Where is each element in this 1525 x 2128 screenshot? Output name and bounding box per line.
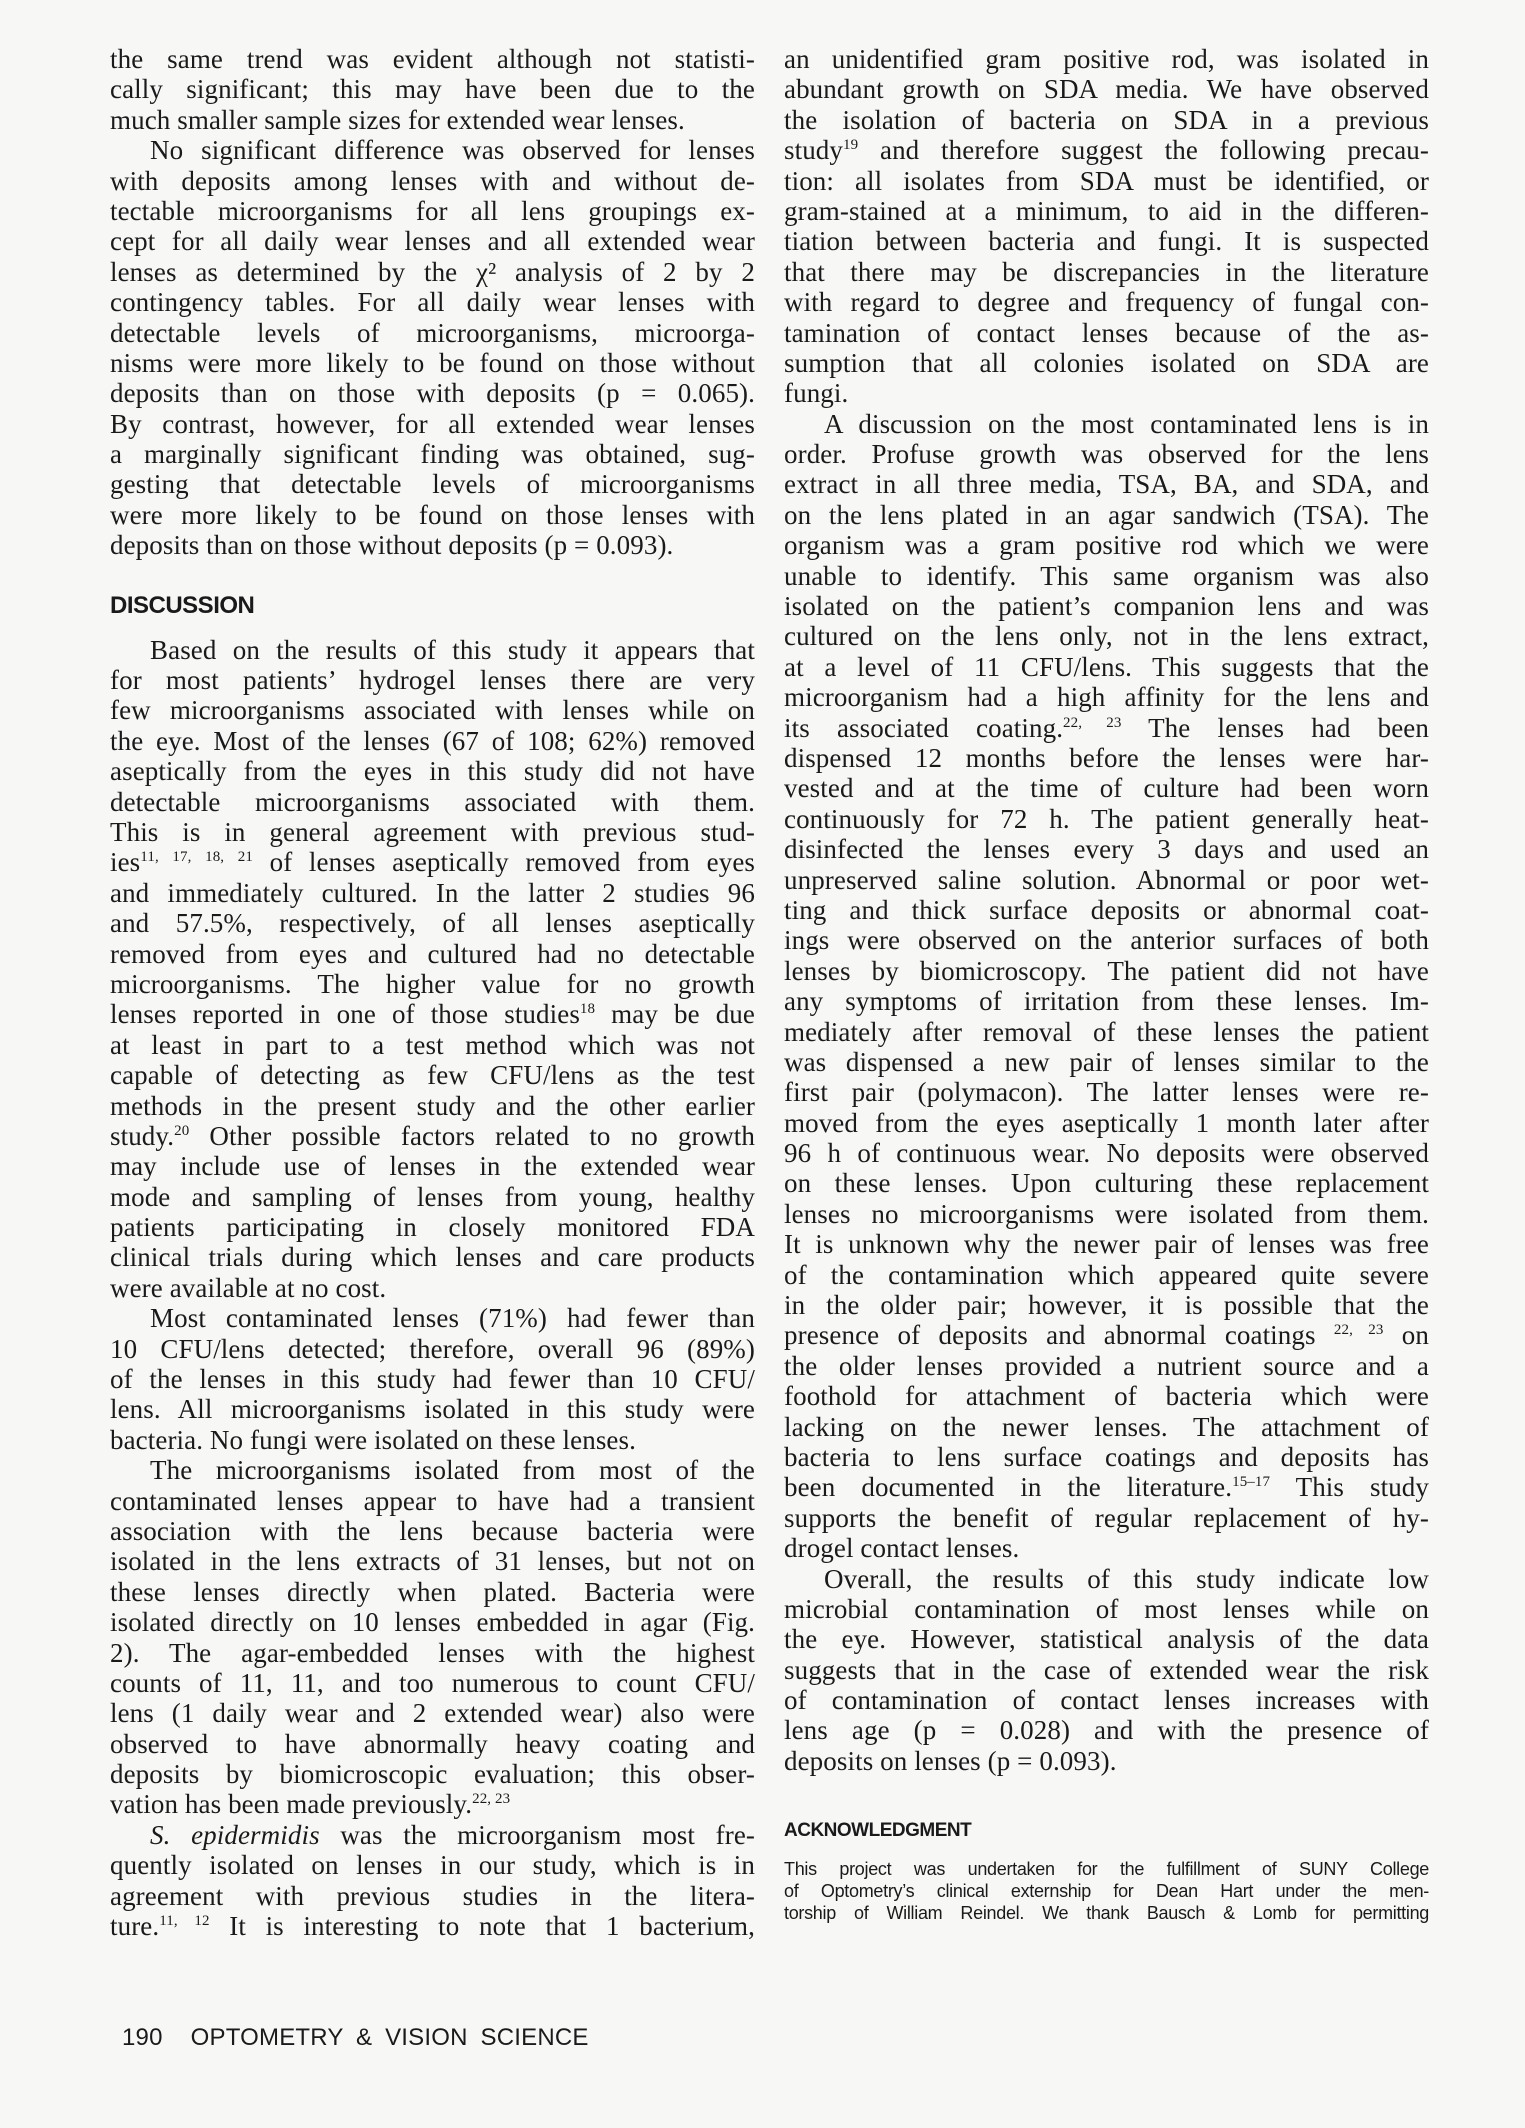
text-line: 96 h of continuous wear. No deposits wer… <box>784 1138 1429 1168</box>
paragraph-contaminated-lenses: Most contaminated lenses (71%) had fewer… <box>110 1303 755 1455</box>
text-line: drogel contact lenses. <box>784 1533 1429 1563</box>
text-line: much smaller sample sizes for extended w… <box>110 105 755 135</box>
text-line: lacking on the newer lenses. The attachm… <box>784 1412 1429 1442</box>
citation-superscript: 11, 17, 18, 21 <box>140 849 253 865</box>
text-fragment: This study <box>1270 1472 1429 1502</box>
text-line: been documented in the literature.15–17 … <box>784 1472 1429 1502</box>
left-column: the same trend was evident although not … <box>110 44 755 1941</box>
text-line: extract in all three media, TSA, BA, and… <box>784 469 1429 499</box>
text-line: a marginally significant finding was obt… <box>110 439 755 469</box>
text-line: ings were observed on the anterior surfa… <box>784 925 1429 955</box>
text-line: suggests that in the case of extended we… <box>784 1655 1429 1685</box>
text-line: cept for all daily wear lenses and all e… <box>110 226 755 256</box>
citation-superscript: 20 <box>174 1123 189 1139</box>
text-line: ting and thick surface deposits or abnor… <box>784 895 1429 925</box>
text-line: ies11, 17, 18, 21 of lenses aseptically … <box>110 847 755 877</box>
text-line: deposits than on those without deposits … <box>110 530 755 560</box>
section-heading-discussion: DISCUSSION <box>110 591 755 621</box>
text-line: nisms were more likely to be found on th… <box>110 348 755 378</box>
acknowledgment-text: This project was undertaken for the fulf… <box>784 1858 1429 1924</box>
paragraph-sda-isolation: an unidentified gram positive rod, was i… <box>784 44 1429 409</box>
text-line: lens. All microorganisms isolated in thi… <box>110 1394 755 1424</box>
citation-superscript: 11, 12 <box>159 1913 209 1929</box>
text-fragment: study. <box>110 1121 174 1151</box>
text-line: methods in the present study and the oth… <box>110 1091 755 1121</box>
text-line: detectable levels of microorganisms, mic… <box>110 318 755 348</box>
text-line: Most contaminated lenses (71%) had fewer… <box>110 1303 755 1333</box>
text-line: foothold for attachment of bacteria whic… <box>784 1381 1429 1411</box>
text-line: fungi. <box>784 378 1429 408</box>
text-line: for most patients’ hydrogel lenses there… <box>110 665 755 695</box>
text-line: that there may be discrepancies in the l… <box>784 257 1429 287</box>
text-line: deposits than on those with deposits (p … <box>110 378 755 408</box>
text-line: lens age (p = 0.028) and with the presen… <box>784 1715 1429 1745</box>
text-line: organism was a gram positive rod which w… <box>784 530 1429 560</box>
text-line: at least in part to a test method which … <box>110 1030 755 1060</box>
text-fragment: of lenses aseptically removed from eyes <box>253 847 755 877</box>
text-line: of contamination of contact lenses incre… <box>784 1685 1429 1715</box>
paragraph-transient-association: The microorganisms isolated from most of… <box>110 1455 755 1820</box>
text-line: on these lenses. Upon culturing these re… <box>784 1168 1429 1198</box>
citation-superscript: 19 <box>843 137 858 153</box>
text-line: disinfected the lenses every 3 days and … <box>784 834 1429 864</box>
citation-superscript: 18 <box>580 1001 595 1017</box>
text-line: dispensed 12 months before the lenses we… <box>784 743 1429 773</box>
text-fragment: vation has been made previously. <box>110 1789 472 1819</box>
text-line: capable of detecting as few CFU/lens as … <box>110 1060 755 1090</box>
paragraph-most-contaminated-lens: A discussion on the most contaminated le… <box>784 409 1429 1564</box>
page-number: 190 <box>122 2024 163 2052</box>
text-line: of the contamination which appeared quit… <box>784 1260 1429 1290</box>
text-line: lenses by biomicroscopy. The patient did… <box>784 956 1429 986</box>
text-line: abundant growth on SDA media. We have ob… <box>784 74 1429 104</box>
text-line: quently isolated on lenses in our study,… <box>110 1850 755 1880</box>
text-line: tion: all isolates from SDA must be iden… <box>784 166 1429 196</box>
text-line: A discussion on the most contaminated le… <box>784 409 1429 439</box>
text-line: and immediately cultured. In the latter … <box>110 878 755 908</box>
text-line: any symptoms of irritation from these le… <box>784 986 1429 1016</box>
text-line: with regard to degree and frequency of f… <box>784 287 1429 317</box>
text-line: bacteria. No fungi were isolated on thes… <box>110 1425 755 1455</box>
paragraph-deposits-analysis: No significant difference was observed f… <box>110 135 755 560</box>
species-name: S. epidermidis <box>150 1820 320 1850</box>
text-line: few microorganisms associated with lense… <box>110 695 755 725</box>
text-line: mediately after removal of these lenses … <box>784 1017 1429 1047</box>
journal-page: the same trend was evident although not … <box>0 0 1525 2128</box>
text-line: contingency tables. For all daily wear l… <box>110 287 755 317</box>
text-line: the older lenses provided a nutrient sou… <box>784 1351 1429 1381</box>
text-line: with deposits among lenses with and with… <box>110 166 755 196</box>
text-line: isolated in the lens extracts of 31 lens… <box>110 1546 755 1576</box>
text-line: first pair (polymacon). The latter lense… <box>784 1077 1429 1107</box>
text-line: study.20 Other possible factors related … <box>110 1121 755 1151</box>
text-fragment: ies <box>110 847 140 877</box>
text-line: gram-stained at a minimum, to aid in the… <box>784 196 1429 226</box>
paragraph-discussion-intro: Based on the results of this study it ap… <box>110 635 755 1304</box>
text-line: in the older pair; however, it is possib… <box>784 1290 1429 1320</box>
text-line: 2). The agar-embedded lenses with the hi… <box>110 1638 755 1668</box>
text-line: clinical trials during which lenses and … <box>110 1242 755 1272</box>
text-line: cally significant; this may have been du… <box>110 74 755 104</box>
text-line: deposits by biomicroscopic evaluation; t… <box>110 1759 755 1789</box>
text-fragment: was the microorganism most fre- <box>320 1820 755 1850</box>
text-fragment: presence of deposits and abnormal coatin… <box>784 1320 1334 1350</box>
text-line: and 57.5%, respectively, of all lenses a… <box>110 908 755 938</box>
text-line: cultured on the lens only, not in the le… <box>784 621 1429 651</box>
right-column: an unidentified gram positive rod, was i… <box>784 44 1429 1924</box>
text-line: Overall, the results of this study indic… <box>784 1564 1429 1594</box>
text-fragment: on <box>1383 1320 1429 1350</box>
text-line: observed to have abnormally heavy coatin… <box>110 1729 755 1759</box>
text-line: unable to identify. This same organism w… <box>784 561 1429 591</box>
text-line: study19 and therefore suggest the follow… <box>784 135 1429 165</box>
text-line: tectable microorganisms for all lens gro… <box>110 196 755 226</box>
journal-name: OPTOMETRY & VISION SCIENCE <box>191 2024 589 2051</box>
section-heading-acknowledgment: ACKNOWLEDGMENT <box>784 1816 1429 1846</box>
text-line: of the lenses in this study had fewer th… <box>110 1364 755 1394</box>
text-line: microbial contamination of most lenses w… <box>784 1594 1429 1624</box>
text-line: unpreserved saline solution. Abnormal or… <box>784 865 1429 895</box>
citation-superscript: 15–17 <box>1232 1474 1270 1490</box>
text-line: the same trend was evident although not … <box>110 44 755 74</box>
text-line: the eye. Most of the lenses (67 of 108; … <box>110 726 755 756</box>
text-line: torship of William Reindel. We thank Bau… <box>784 1902 1429 1924</box>
text-line: detectable microorganisms associated wit… <box>110 787 755 817</box>
text-line: the eye. However, statistical analysis o… <box>784 1624 1429 1654</box>
text-line: lenses reported in one of those studies1… <box>110 999 755 1029</box>
text-line: microorganisms. The higher value for no … <box>110 969 755 999</box>
paragraph-s-epidermidis: S. epidermidis was the microorganism mos… <box>110 1820 755 1942</box>
text-line: 10 CFU/lens detected; therefore, overall… <box>110 1334 755 1364</box>
text-line: mode and sampling of lenses from young, … <box>110 1182 755 1212</box>
text-line: This project was undertaken for the fulf… <box>784 1858 1429 1880</box>
text-line: lenses no microorganisms were isolated f… <box>784 1199 1429 1229</box>
text-fragment: The lenses had been <box>1121 713 1429 743</box>
text-line: order. Profuse growth was observed for t… <box>784 439 1429 469</box>
text-line: Based on the results of this study it ap… <box>110 635 755 665</box>
text-line: supports the benefit of regular replacem… <box>784 1503 1429 1533</box>
text-fragment: lenses reported in one of those studies <box>110 999 580 1029</box>
text-line: isolated directly on 10 lenses embedded … <box>110 1607 755 1637</box>
text-line: on the lens plated in an agar sandwich (… <box>784 500 1429 530</box>
text-fragment: It is interesting to note that 1 bacteri… <box>210 1911 755 1941</box>
text-line: This is in general agreement with previo… <box>110 817 755 847</box>
text-line: tamination of contact lenses because of … <box>784 318 1429 348</box>
text-line: No significant difference was observed f… <box>110 135 755 165</box>
text-line: ture.11, 12 It is interesting to note th… <box>110 1911 755 1941</box>
text-line: moved from the eyes aseptically 1 month … <box>784 1108 1429 1138</box>
citation-superscript: 22, 23 <box>1334 1322 1384 1338</box>
text-line: of Optometry’s clinical externship for D… <box>784 1880 1429 1902</box>
text-line: an unidentified gram positive rod, was i… <box>784 44 1429 74</box>
text-line: sumption that all colonies isolated on S… <box>784 348 1429 378</box>
citation-superscript: 22, 23 <box>1063 715 1121 731</box>
text-line: microorganism had a high affinity for th… <box>784 682 1429 712</box>
text-fragment: been documented in the literature. <box>784 1472 1232 1502</box>
text-line: at a level of 11 CFU/lens. This suggests… <box>784 652 1429 682</box>
text-line: agreement with previous studies in the l… <box>110 1881 755 1911</box>
text-fragment: study <box>784 135 843 165</box>
text-fragment: Other possible factors related to no gro… <box>189 1121 755 1151</box>
text-line: The microorganisms isolated from most of… <box>110 1455 755 1485</box>
paragraph-continued-trend: the same trend was evident although not … <box>110 44 755 135</box>
text-line: removed from eyes and cultured had no de… <box>110 939 755 969</box>
text-line: vation has been made previously.22, 23 <box>110 1789 755 1819</box>
text-line: its associated coating.22, 23 The lenses… <box>784 713 1429 743</box>
text-line: deposits on lenses (p = 0.093). <box>784 1746 1429 1776</box>
text-line: contaminated lenses appear to have had a… <box>110 1486 755 1516</box>
text-line: lens (1 daily wear and 2 extended wear) … <box>110 1698 755 1728</box>
text-fragment: may be due <box>595 999 755 1029</box>
citation-superscript: 22, 23 <box>472 1791 510 1807</box>
paragraph-conclusion: Overall, the results of this study indic… <box>784 1564 1429 1777</box>
text-line: patients participating in closely monito… <box>110 1212 755 1242</box>
text-line: tiation between bacteria and fungi. It i… <box>784 226 1429 256</box>
text-line: was dispensed a new pair of lenses simil… <box>784 1047 1429 1077</box>
text-line: were available at no cost. <box>110 1273 755 1303</box>
text-line: S. epidermidis was the microorganism mos… <box>110 1820 755 1850</box>
text-fragment: and therefore suggest the following prec… <box>858 135 1429 165</box>
text-line: bacteria to lens surface coatings and de… <box>784 1442 1429 1472</box>
text-line: were more likely to be found on those le… <box>110 500 755 530</box>
text-line: association with the lens because bacter… <box>110 1516 755 1546</box>
text-line: By contrast, however, for all extended w… <box>110 409 755 439</box>
text-fragment: ture. <box>110 1911 159 1941</box>
text-fragment: its associated coating. <box>784 713 1063 743</box>
text-line: It is unknown why the newer pair of lens… <box>784 1229 1429 1259</box>
text-line: counts of 11, 11, and too numerous to co… <box>110 1668 755 1698</box>
text-line: vested and at the time of culture had be… <box>784 773 1429 803</box>
page-footer: 190OPTOMETRY & VISION SCIENCE <box>122 2024 589 2052</box>
text-line: may include use of lenses in the extende… <box>110 1151 755 1181</box>
text-line: isolated on the patient’s companion lens… <box>784 591 1429 621</box>
text-line: gesting that detectable levels of microo… <box>110 469 755 499</box>
text-line: the isolation of bacteria on SDA in a pr… <box>784 105 1429 135</box>
text-line: presence of deposits and abnormal coatin… <box>784 1320 1429 1350</box>
text-line: aseptically from the eyes in this study … <box>110 756 755 786</box>
text-line: lenses as determined by the χ² analysis … <box>110 257 755 287</box>
text-line: continuously for 72 h. The patient gener… <box>784 804 1429 834</box>
text-line: these lenses directly when plated. Bacte… <box>110 1577 755 1607</box>
